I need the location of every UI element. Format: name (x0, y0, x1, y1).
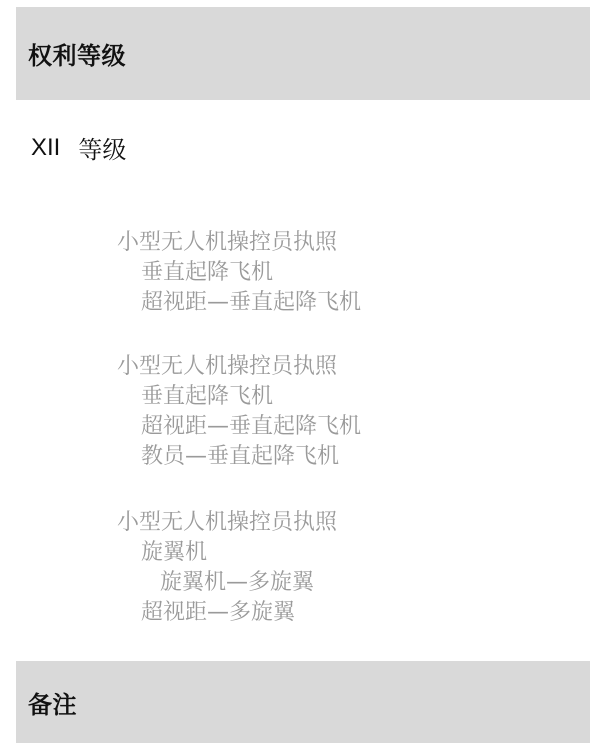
license-item: 超视距—垂直起降飞机 (117, 288, 361, 318)
license-group: 小型无人机操控员执照 垂直起降飞机 超视距—垂直起降飞机 教员—垂直起降飞机 (117, 352, 361, 472)
remarks-header: 备注 (16, 661, 590, 743)
license-item: 垂直起降飞机 (117, 258, 361, 288)
level-row: XII 等级 (31, 130, 126, 165)
license-item: 垂直起降飞机 (117, 382, 361, 412)
license-item: 超视距—多旋翼 (117, 598, 337, 628)
license-title: 小型无人机操控员执照 (117, 228, 361, 258)
license-group: 小型无人机操控员执照 垂直起降飞机 超视距—垂直起降飞机 (117, 228, 361, 318)
license-item: 旋翼机 (117, 538, 337, 568)
rights-level-header: 权利等级 (16, 7, 590, 100)
remarks-title: 备注 (28, 685, 77, 720)
rights-level-title: 权利等级 (28, 36, 126, 71)
license-title: 小型无人机操控员执照 (117, 508, 337, 538)
license-title: 小型无人机操控员执照 (117, 352, 361, 382)
level-number: XII (31, 134, 60, 162)
license-item: 超视距—垂直起降飞机 (117, 412, 361, 442)
license-group: 小型无人机操控员执照 旋翼机 旋翼机—多旋翼 超视距—多旋翼 (117, 508, 337, 628)
license-item: 教员—垂直起降飞机 (117, 442, 361, 472)
license-subitem: 旋翼机—多旋翼 (117, 568, 337, 598)
level-label: 等级 (78, 130, 126, 165)
